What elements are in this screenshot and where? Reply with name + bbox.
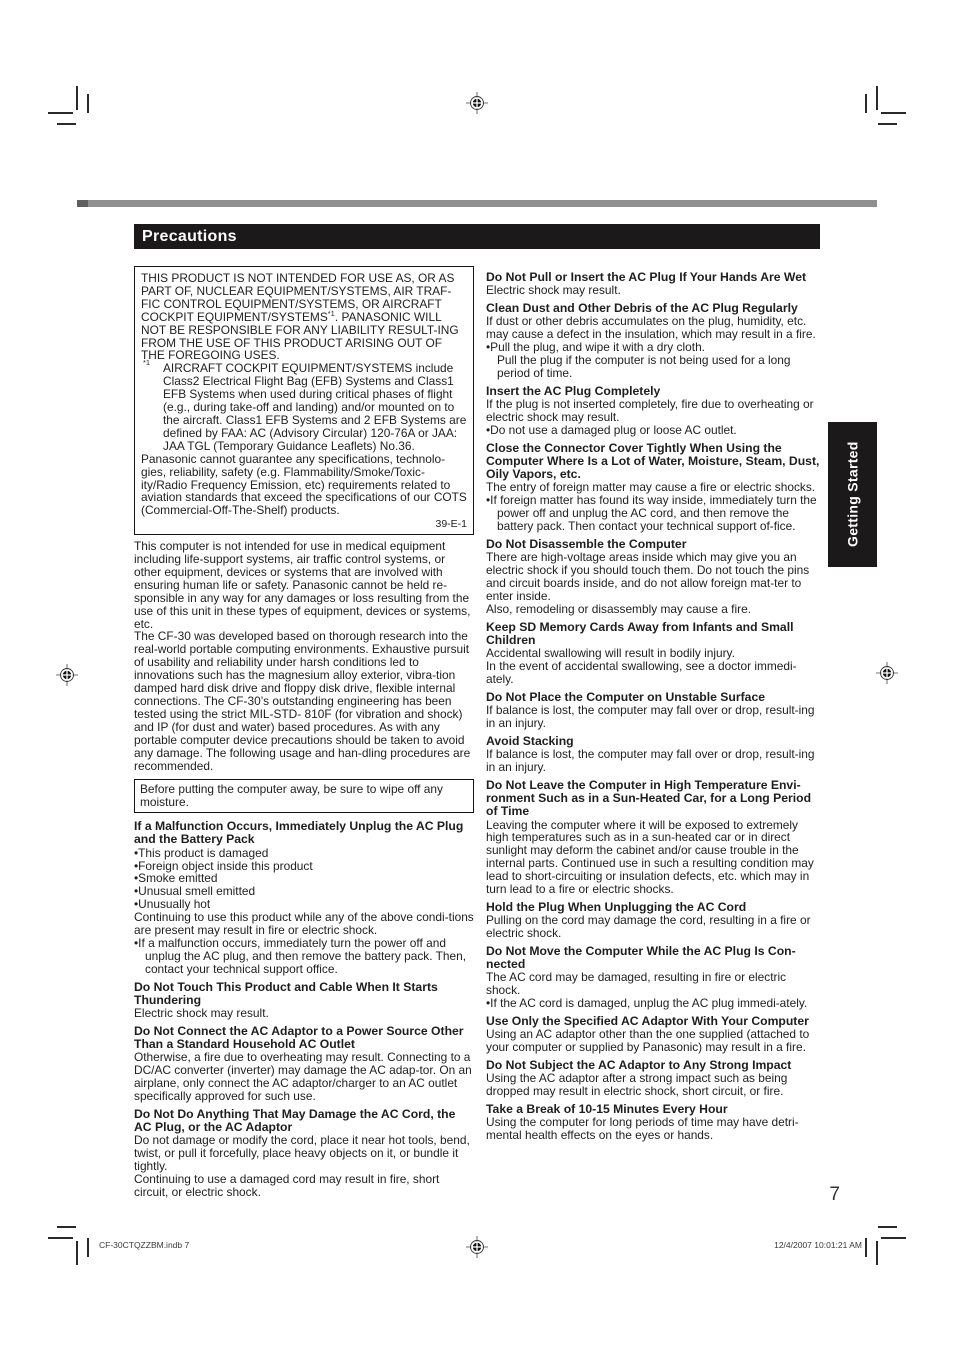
precaution-heading: If a Malfunction Occurs, Immediately Unp… bbox=[134, 820, 474, 846]
footnote-marker: *1 bbox=[328, 309, 335, 318]
body-text: If the plug is not inserted completely, … bbox=[486, 398, 822, 424]
crop-mark bbox=[876, 86, 878, 110]
precaution-heading: Do Not Do Anything That May Damage the A… bbox=[134, 1108, 474, 1134]
crop-mark bbox=[48, 1237, 73, 1239]
registration-mark-icon bbox=[56, 664, 78, 686]
precaution-section: Do Not Connect the AC Adaptor to a Power… bbox=[134, 1025, 474, 1103]
body-text: Pull the plug if the computer is not bei… bbox=[486, 354, 822, 380]
crop-mark bbox=[76, 86, 78, 110]
body-text: Using an AC adaptor other than the one s… bbox=[486, 1028, 822, 1054]
body-text: Using the computer for long periods of t… bbox=[486, 1116, 822, 1142]
registration-mark-icon bbox=[466, 92, 488, 114]
precaution-section: Close the Connector Cover Tightly When U… bbox=[486, 442, 822, 533]
bullet-item: If a malfunction occurs, immediately tur… bbox=[134, 937, 474, 976]
registration-mark-icon bbox=[466, 1236, 488, 1258]
precaution-section: Avoid StackingIf balance is lost, the co… bbox=[486, 735, 822, 774]
body-text: Electric shock may result. bbox=[486, 284, 822, 297]
precaution-section: Do Not Subject the AC Adaptor to Any Str… bbox=[486, 1059, 822, 1098]
bullet-item: This product is damaged bbox=[134, 847, 474, 860]
crop-mark bbox=[87, 94, 89, 113]
moisture-note-box: Before putting the computer away, be sur… bbox=[134, 779, 474, 813]
precaution-heading: Keep SD Memory Cards Away from Infants a… bbox=[486, 621, 822, 647]
precaution-section: Do Not Leave the Computer in High Temper… bbox=[486, 779, 822, 896]
precaution-section: Do Not Do Anything That May Damage the A… bbox=[134, 1108, 474, 1199]
precaution-section: Take a Break of 10-15 Minutes Every Hour… bbox=[486, 1103, 822, 1142]
intro-paragraph-1: This computer is not intended for use in… bbox=[134, 540, 474, 630]
notice-code: 39-E-1 bbox=[141, 518, 467, 531]
body-text: Continuing to use this product while any… bbox=[134, 911, 474, 937]
precaution-section: Insert the AC Plug CompletelyIf the plug… bbox=[486, 385, 822, 437]
precaution-heading: Do Not Move the Computer While the AC Pl… bbox=[486, 945, 822, 971]
body-text: Continuing to use a damaged cord may res… bbox=[134, 1173, 474, 1199]
bullet-item: If the AC cord is damaged, unplug the AC… bbox=[486, 997, 822, 1010]
precaution-section: Do Not Place the Computer on Unstable Su… bbox=[486, 691, 822, 730]
crop-mark bbox=[881, 1237, 906, 1239]
precaution-heading: Do Not Connect the AC Adaptor to a Power… bbox=[134, 1025, 474, 1051]
body-text: If balance is lost, the computer may fal… bbox=[486, 748, 822, 774]
body-text: In the event of accidental swallowing, s… bbox=[486, 660, 822, 686]
crop-mark bbox=[878, 1226, 897, 1228]
bullet-item: If foreign matter has found its way insi… bbox=[486, 494, 822, 533]
notice-box: THIS PRODUCT IS NOT INTENDED FOR USE AS,… bbox=[134, 266, 474, 535]
body-text: There are high-voltage areas inside whic… bbox=[486, 551, 822, 603]
body-text: Pulling on the cord may damage the cord,… bbox=[486, 914, 822, 940]
body-text: If balance is lost, the computer may fal… bbox=[486, 704, 822, 730]
crop-mark bbox=[878, 123, 897, 125]
top-rule bbox=[77, 200, 877, 207]
precaution-section: Do Not Move the Computer While the AC Pl… bbox=[486, 945, 822, 1010]
precaution-section: Do Not Touch This Product and Cable When… bbox=[134, 981, 474, 1020]
body-text: Using the AC adaptor after a strong impa… bbox=[486, 1072, 822, 1098]
footnote-text: AIRCRAFT COCKPIT EQUIPMENT/SYSTEMS inclu… bbox=[163, 361, 466, 452]
right-column: Do Not Pull or Insert the AC Plug If You… bbox=[486, 266, 822, 1142]
crop-mark bbox=[57, 1226, 76, 1228]
precaution-section: Use Only the Specified AC Adaptor With Y… bbox=[486, 1015, 822, 1054]
precaution-heading: Close the Connector Cover Tightly When U… bbox=[486, 442, 822, 482]
precaution-heading: Do Not Leave the Computer in High Temper… bbox=[486, 779, 822, 819]
top-rule-cap bbox=[77, 200, 88, 207]
body-text: Leaving the computer where it will be ex… bbox=[486, 819, 822, 896]
notice-footnote: *1AIRCRAFT COCKPIT EQUIPMENT/SYSTEMS inc… bbox=[141, 362, 467, 452]
body-text: Also, remodeling or disassembly may caus… bbox=[486, 603, 822, 616]
precaution-section: Hold the Plug When Unplugging the AC Cor… bbox=[486, 901, 822, 940]
precaution-section: Do Not Pull or Insert the AC Plug If You… bbox=[486, 271, 822, 297]
footer-timestamp: 12/4/2007 10:01:21 AM bbox=[774, 1240, 862, 1250]
body-text: If dust or other debris accumulates on t… bbox=[486, 315, 822, 341]
crop-mark bbox=[881, 112, 906, 114]
crop-mark bbox=[876, 1241, 878, 1265]
crop-mark bbox=[76, 1241, 78, 1265]
body-text: Do not damage or modify the cord, place … bbox=[134, 1134, 474, 1173]
registration-mark-icon bbox=[876, 662, 898, 684]
notice-paragraph: THIS PRODUCT IS NOT INTENDED FOR USE AS,… bbox=[141, 272, 467, 362]
section-tab-getting-started: Getting Started bbox=[828, 422, 877, 567]
precautions-list-left: If a Malfunction Occurs, Immediately Unp… bbox=[134, 820, 474, 1199]
crop-mark bbox=[87, 1238, 89, 1257]
notice-paragraph: Panasonic cannot guarantee any specifica… bbox=[141, 453, 467, 518]
body-text: The AC cord may be damaged, resulting in… bbox=[486, 971, 822, 997]
body-text: Otherwise, a fire due to overheating may… bbox=[134, 1051, 474, 1103]
crop-mark bbox=[865, 1238, 867, 1257]
footer-filename: CF-30CTQZZBM.indb 7 bbox=[99, 1240, 189, 1250]
precaution-section: Keep SD Memory Cards Away from Infants a… bbox=[486, 621, 822, 686]
intro-paragraph-2: The CF-30 was developed based on thoroug… bbox=[134, 630, 474, 772]
page-number: 7 bbox=[806, 1184, 840, 1206]
body-text: Electric shock may result. bbox=[134, 1007, 474, 1020]
crop-mark bbox=[48, 112, 73, 114]
precaution-heading: Do Not Touch This Product and Cable When… bbox=[134, 981, 474, 1007]
page-title: Precautions bbox=[134, 224, 820, 249]
precaution-section: Clean Dust and Other Debris of the AC Pl… bbox=[486, 302, 822, 380]
precaution-section: Do Not Disassemble the ComputerThere are… bbox=[486, 538, 822, 616]
precaution-section: If a Malfunction Occurs, Immediately Unp… bbox=[134, 820, 474, 975]
bullet-item: Do not use a damaged plug or loose AC ou… bbox=[486, 424, 822, 437]
left-column: THIS PRODUCT IS NOT INTENDED FOR USE AS,… bbox=[134, 266, 474, 1199]
crop-mark bbox=[57, 123, 76, 125]
crop-mark bbox=[865, 94, 867, 113]
manual-page: Precautions THIS PRODUCT IS NOT INTENDED… bbox=[0, 0, 954, 1351]
